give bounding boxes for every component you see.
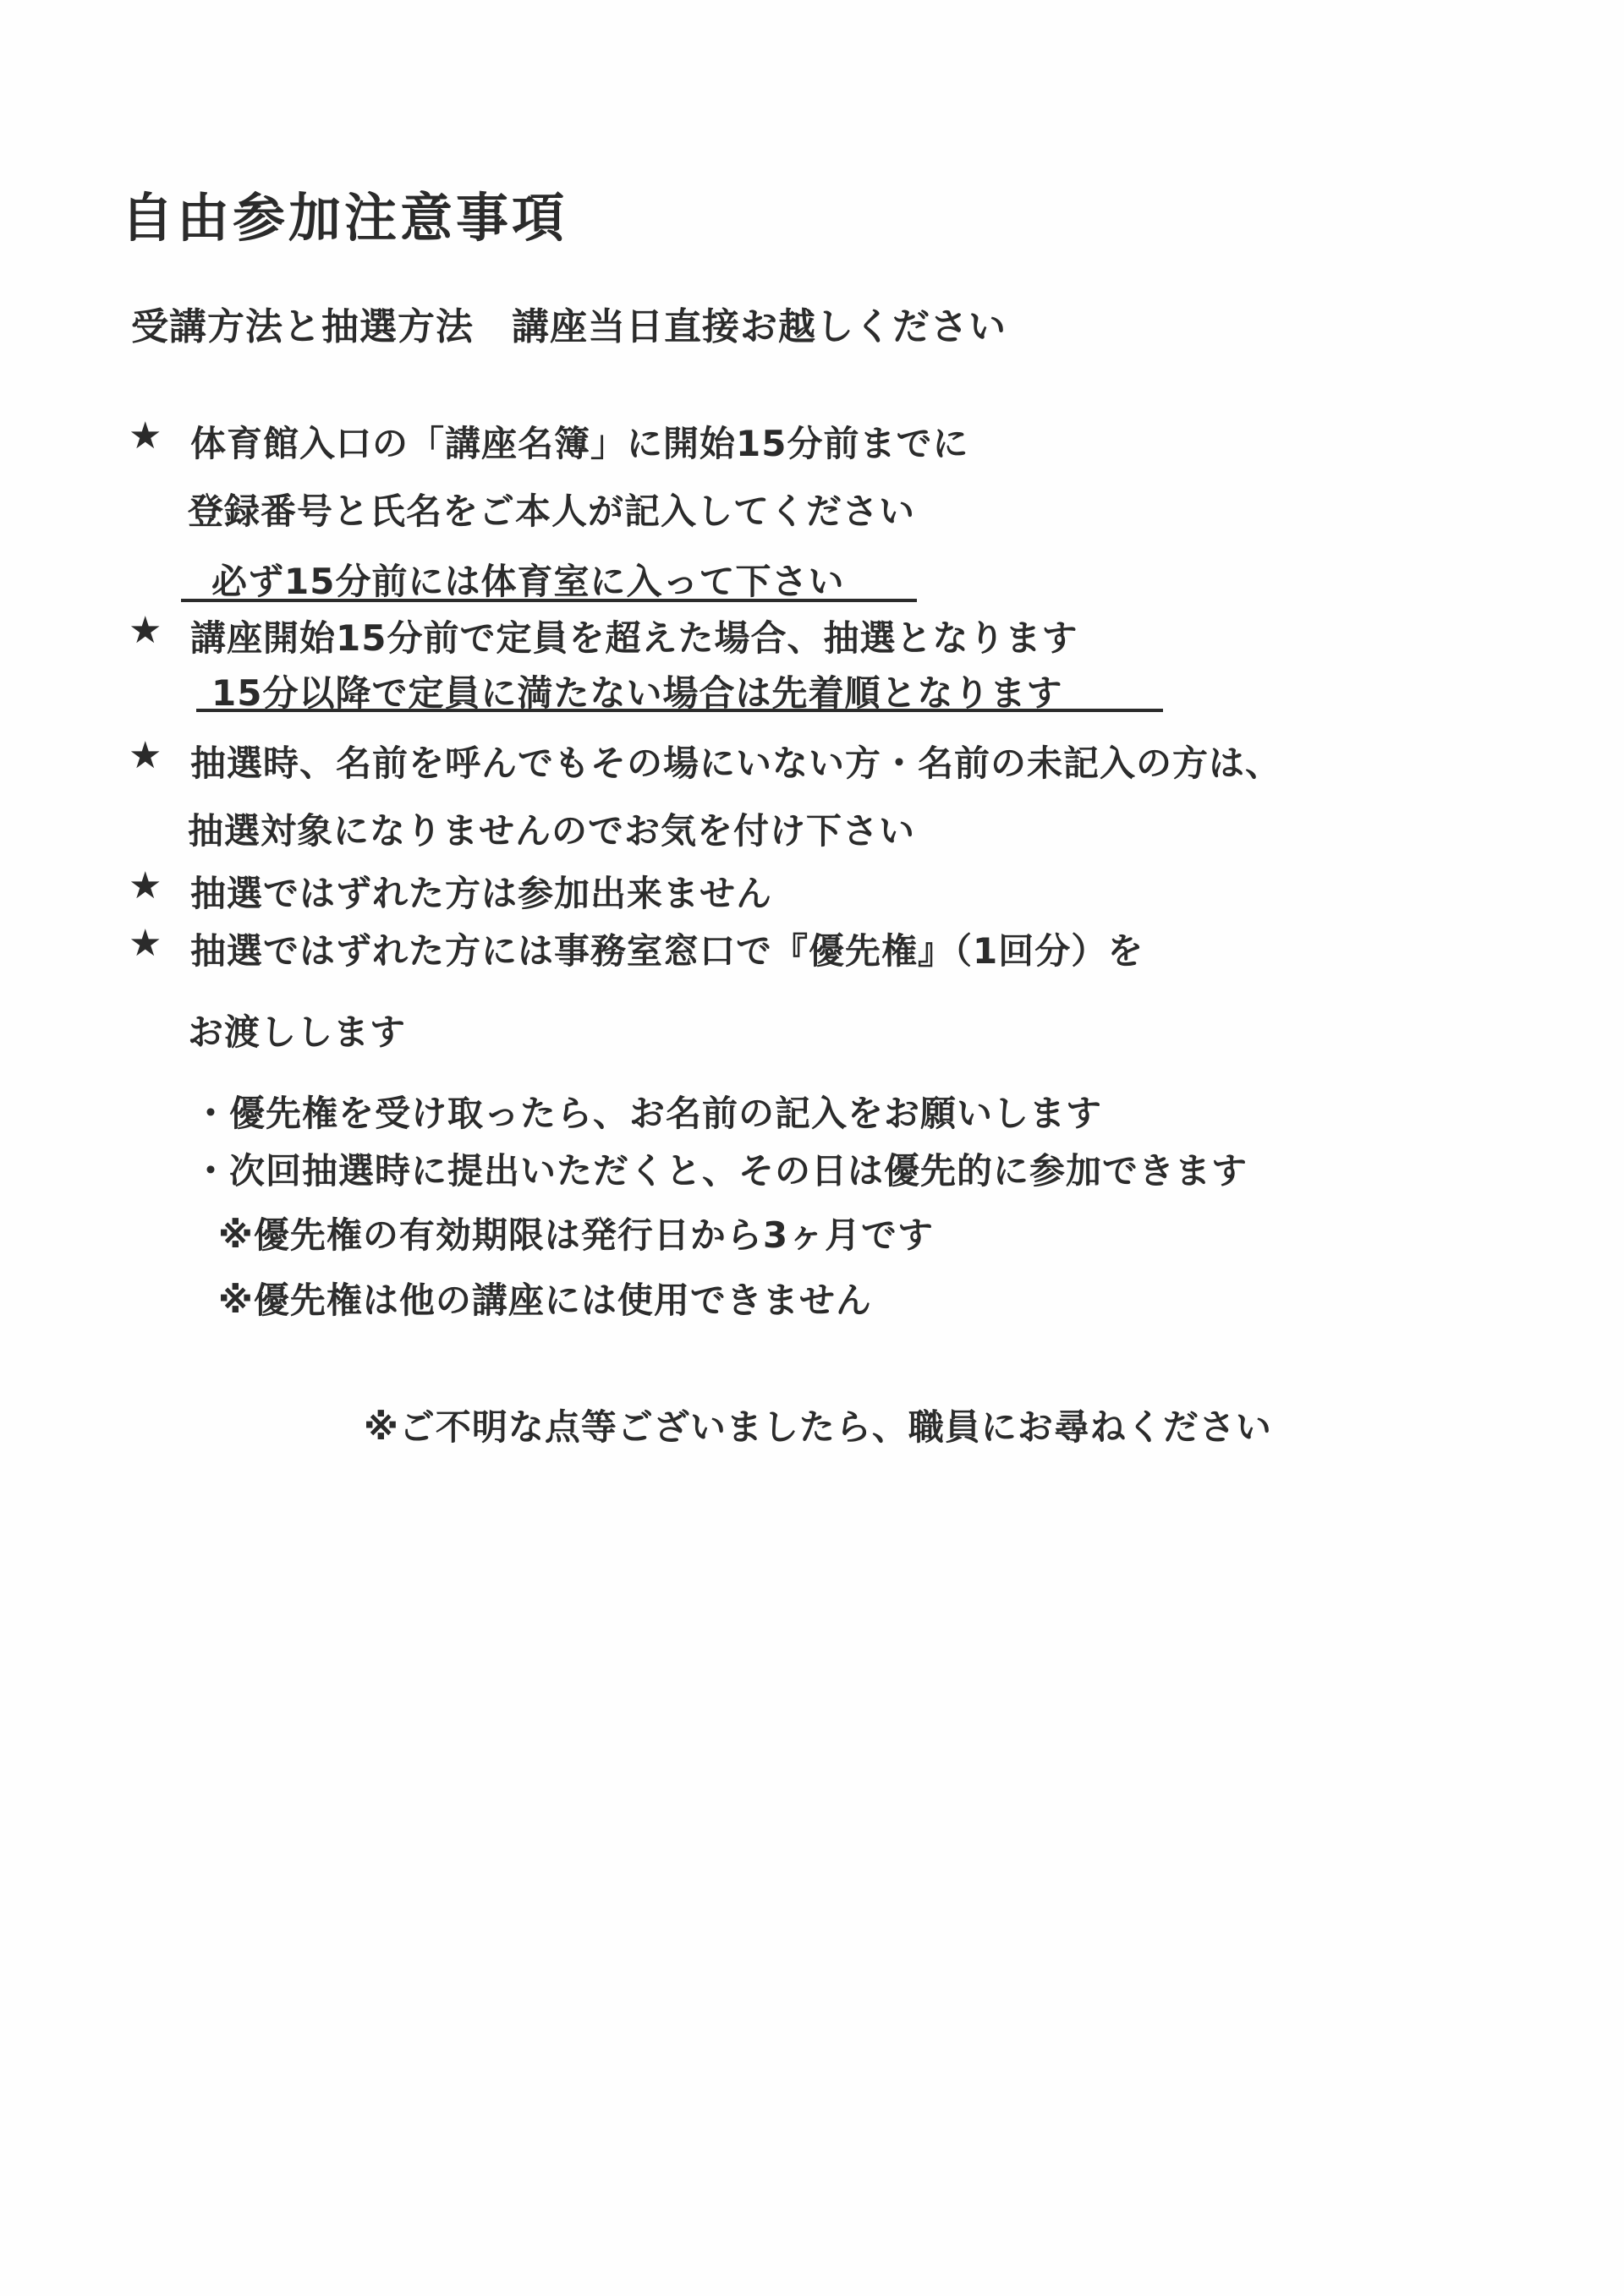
footer-note: ※ご不明な点等ございましたら、職員にお尋ねください [364,1400,1272,1450]
bullet-2: ・次回抽選時に提出いただくと、その日は優先的に参加できます [193,1143,1248,1194]
item-1-line-2: 登録番号と氏名をご本人が記入してください [188,484,915,534]
item-3-line-1: 抽選時、名前を呼んでもその場にいない方・名前の未記入の方は、 [190,736,1281,786]
document-subtitle: 受講方法と抽選方法 講座当日直接お越しください [131,296,1007,350]
item-3-line-2: 抽選対象になりませんのでお気を付け下さい [188,803,915,854]
item-1-line-1: 体育館入口の「講座名簿」に開始15分前までに [190,416,968,467]
document-page: 自由参加注意事項 受講方法と抽選方法 講座当日直接お越しください ★ 体育館入口… [0,0,1624,2296]
item-5-line-1: 抽選ではずれた方には事務室窓口で『優先権』（1回分）を [190,923,1144,974]
star-icon: ★ [129,734,162,777]
note-2: ※優先権は他の講座には使用できません [218,1273,872,1323]
star-icon: ★ [129,609,162,652]
item-2-line-1: 講座開始15分前で定員を超えた場合、抽選となります [190,611,1078,661]
item-5-line-2: お渡しします [188,1005,406,1055]
item-4-line-1: 抽選ではずれた方は参加出来ません [190,866,772,917]
item-1-underlined-note: 必ず15分前には体育室に入って下さい [211,554,844,605]
star-icon: ★ [129,922,162,965]
star-icon: ★ [129,864,162,907]
star-icon: ★ [129,414,162,458]
note-1: ※優先権の有効期限は発行日から3ヶ月です [218,1208,934,1258]
bullet-1: ・優先権を受け取ったら、お名前の記入をお願いします [193,1086,1102,1137]
underline [181,599,917,602]
underline [196,709,1163,712]
document-title: 自由参加注意事項 [121,176,568,251]
